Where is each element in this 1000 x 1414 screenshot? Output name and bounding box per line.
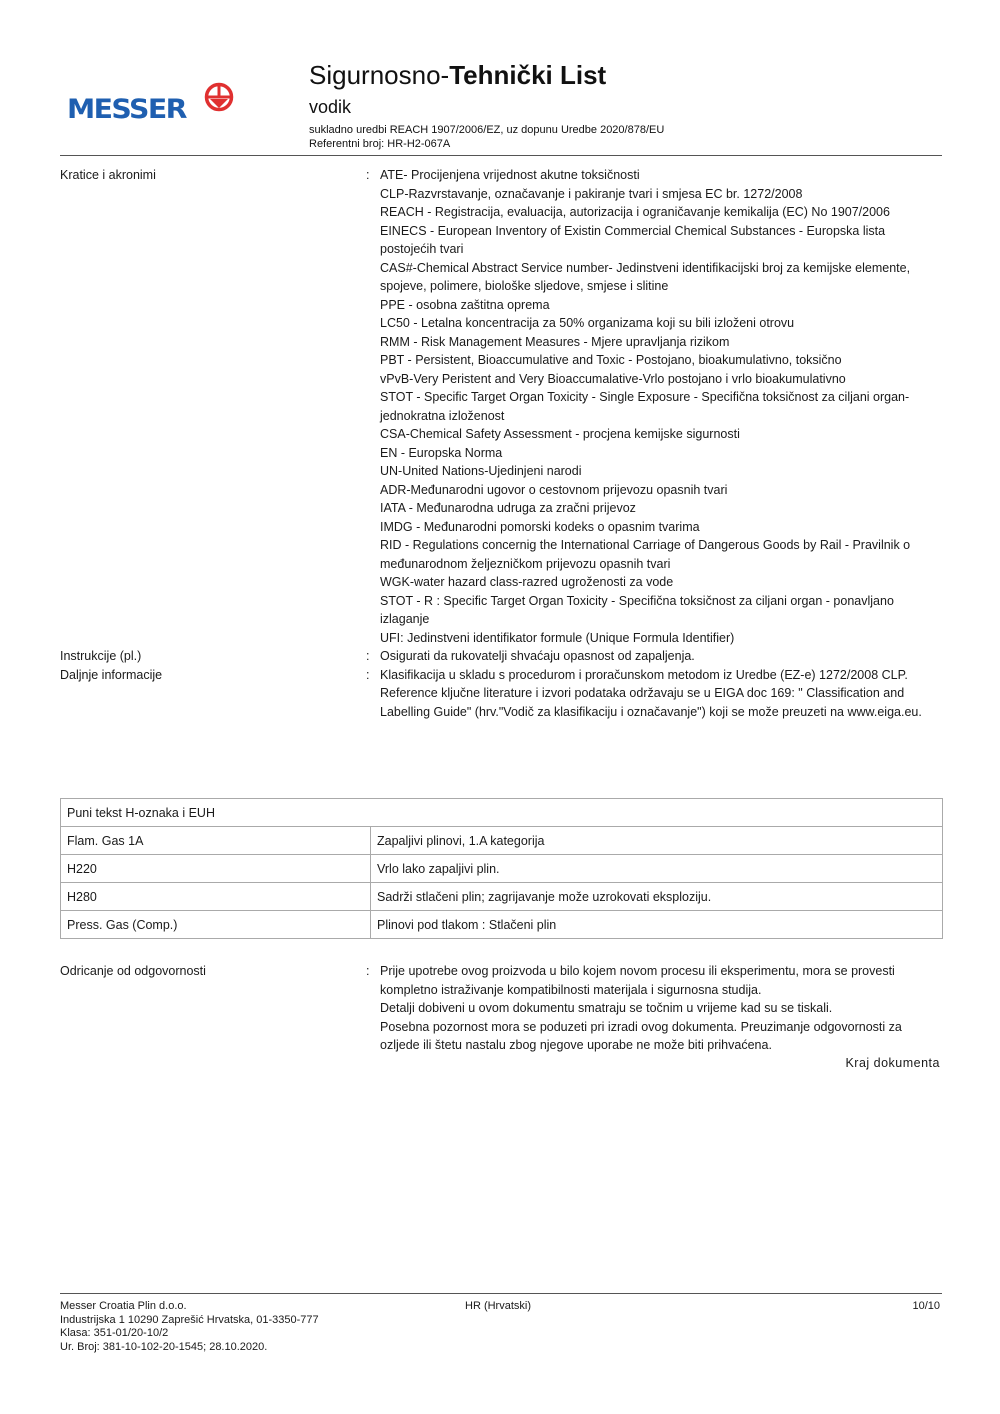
footer-language: HR (Hrvatski)	[465, 1300, 531, 1314]
list-item: LC50 - Letalna koncentracija za 50% orga…	[380, 314, 942, 333]
disclaimer-section: Odricanje od odgovornosti : Prije upotre…	[60, 962, 942, 1055]
instructions-label: Instrukcije (pl.)	[60, 647, 366, 666]
list-item: CLP-Razvrstavanje, označavanje i pakiran…	[380, 185, 942, 204]
h-code: Flam. Gas 1A	[61, 827, 371, 855]
h-statements-table: Puni tekst H-oznaka i EUH Flam. Gas 1AZa…	[60, 798, 943, 939]
list-item: PPE - osobna zaštitna oprema	[380, 296, 942, 315]
list-item: EN - Europska Norma	[380, 444, 942, 463]
logo-text: MESSER	[67, 94, 186, 125]
abbreviations-section: Kratice i akronimi : ATE- Procijenjena v…	[60, 166, 942, 721]
list-item: Detalji dobiveni u ovom dokumentu smatra…	[380, 999, 942, 1018]
end-of-document: Kraj dokumenta	[845, 1056, 940, 1070]
page-number: 10/10	[912, 1300, 940, 1314]
list-item: STOT - R : Specific Target Organ Toxicit…	[380, 592, 942, 629]
list-item: IATA - Međunarodna udruga za zračni prij…	[380, 499, 942, 518]
h-code: H220	[61, 855, 371, 883]
table-row: H220Vrlo lako zapaljivi plin.	[61, 855, 943, 883]
list-item: Posebna pozornost mora se poduzeti pri i…	[380, 1018, 942, 1055]
list-item: CSA-Chemical Safety Assessment - procjen…	[380, 425, 942, 444]
h-text: Sadrži stlačeni plin; zagrijavanje može …	[371, 883, 943, 911]
table-row: Flam. Gas 1AZapaljivi plinovi, 1.A kateg…	[61, 827, 943, 855]
disclaimer-label: Odricanje od odgovornosti	[60, 962, 366, 1055]
list-item: REACH - Registracija, evaluacija, autori…	[380, 203, 942, 222]
h-text: Plinovi pod tlakom : Stlačeni plin	[371, 911, 943, 939]
messer-logo-icon	[204, 82, 234, 112]
list-item: vPvB-Very Peristent and Very Bioaccumala…	[380, 370, 942, 389]
h-text: Vrlo lako zapaljivi plin.	[371, 855, 943, 883]
footer-divider	[60, 1293, 942, 1294]
list-item: RID - Regulations concernig the Internat…	[380, 536, 942, 573]
abbreviations-list: ATE- Procijenjena vrijednost akutne toks…	[380, 166, 942, 647]
list-item: PBT - Persistent, Bioaccumulative and To…	[380, 351, 942, 370]
h-code: Press. Gas (Comp.)	[61, 911, 371, 939]
product-name: vodik	[309, 97, 351, 118]
h-text: Zapaljivi plinovi, 1.A kategorija	[371, 827, 943, 855]
instructions-text: Osigurati da rukovatelji shvaćaju opasno…	[380, 647, 942, 666]
list-item: STOT - Specific Target Organ Toxicity - …	[380, 388, 942, 425]
list-item: IMDG - Međunarodni pomorski kodeks o opa…	[380, 518, 942, 537]
document-title: Sigurnosno-Tehnički List	[309, 60, 606, 91]
regulation-note: sukladno uredbi REACH 1907/2006/EZ, uz d…	[309, 124, 664, 136]
further-info-label: Daljnje informacije	[60, 666, 366, 722]
list-item: UFI: Jedinstveni identifikator formule (…	[380, 629, 942, 648]
table-row: Press. Gas (Comp.)Plinovi pod tlakom : S…	[61, 911, 943, 939]
footer-company: Messer Croatia Plin d.o.o. Industrijska …	[60, 1300, 319, 1354]
list-item: EINECS - European Inventory of Existin C…	[380, 222, 942, 259]
list-item: Klasifikacija u skladu s procedurom i pr…	[380, 666, 942, 685]
list-item: ATE- Procijenjena vrijednost akutne toks…	[380, 166, 942, 185]
disclaimer-text: Prije upotrebe ovog proizvoda u bilo koj…	[380, 962, 942, 1055]
list-item: WGK-water hazard class-razred ugroženost…	[380, 573, 942, 592]
list-item: CAS#-Chemical Abstract Service number- J…	[380, 259, 942, 296]
h-table-heading: Puni tekst H-oznaka i EUH	[61, 799, 943, 827]
abbreviations-label: Kratice i akronimi	[60, 166, 366, 647]
list-item: Prije upotrebe ovog proizvoda u bilo koj…	[380, 962, 942, 999]
table-row: H280Sadrži stlačeni plin; zagrijavanje m…	[61, 883, 943, 911]
list-item: RMM - Risk Management Measures - Mjere u…	[380, 333, 942, 352]
list-item: ADR-Međunarodni ugovor o cestovnom prije…	[380, 481, 942, 500]
further-info-list: Klasifikacija u skladu s procedurom i pr…	[380, 666, 942, 722]
list-item: Reference ključne literature i izvori po…	[380, 684, 942, 721]
h-code: H280	[61, 883, 371, 911]
messer-logo: MESSER	[67, 82, 237, 124]
list-item: UN-United Nations-Ujedinjeni narodi	[380, 462, 942, 481]
header-divider	[60, 155, 942, 156]
reference-number: Referentni broj: HR-H2-067A	[309, 138, 450, 150]
